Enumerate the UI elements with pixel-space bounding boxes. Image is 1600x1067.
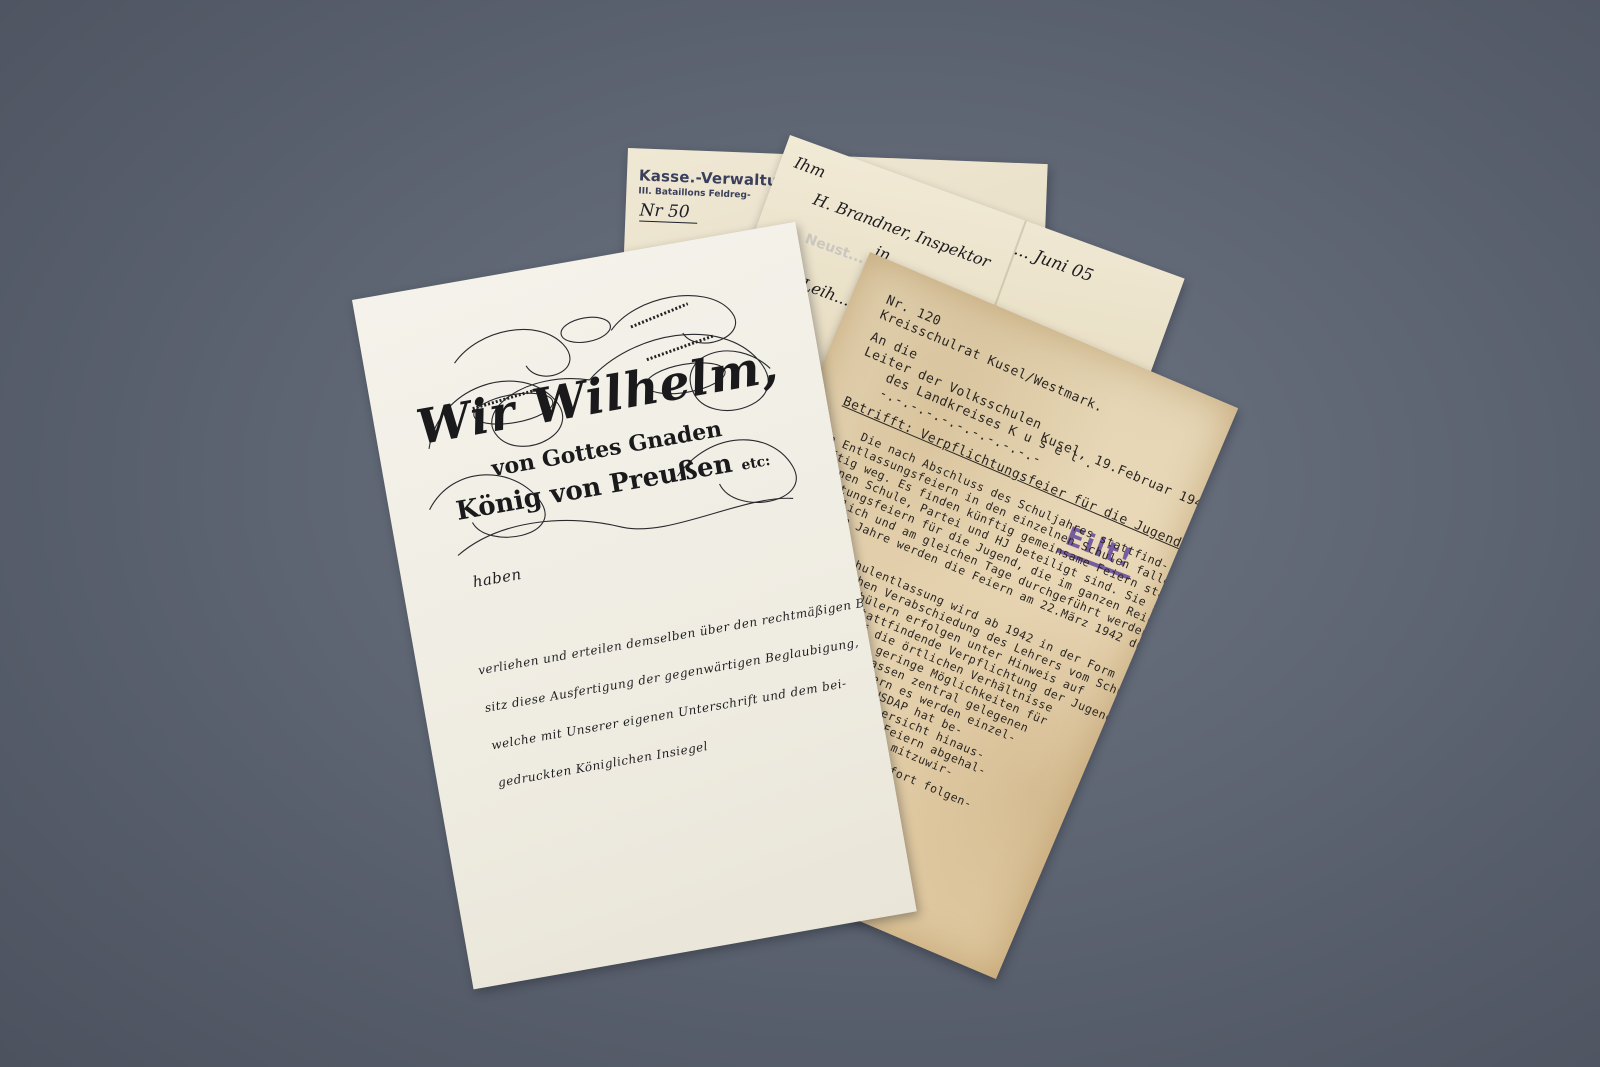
script-line: sitz diese Ausfertigung der gegenwärtige…	[484, 635, 860, 715]
faint-stamp: Neust...	[803, 231, 867, 267]
photo-scene: Kasse.-Verwaltung III. Bataillons Feldre…	[0, 0, 1600, 1067]
script-line: gedruckten Königlichen Insiegel	[497, 739, 709, 790]
letter-line: Ihm	[792, 153, 828, 182]
script-line: welche mit Unserer eigenen Unterschrift …	[490, 676, 847, 752]
letter-date: ... Juni 05	[1011, 239, 1096, 286]
battalion-stamp: III. Bataillons Feldreg-	[638, 186, 751, 200]
receipt-number: Nr 50	[639, 200, 698, 223]
script-line: verliehen und erteilen demselben über de…	[477, 594, 878, 678]
certificate-etc: etc:	[740, 453, 771, 474]
typed-place-date: Kusel, 19.Februar 1942.	[1038, 430, 1220, 519]
script-line: haben	[471, 565, 523, 591]
